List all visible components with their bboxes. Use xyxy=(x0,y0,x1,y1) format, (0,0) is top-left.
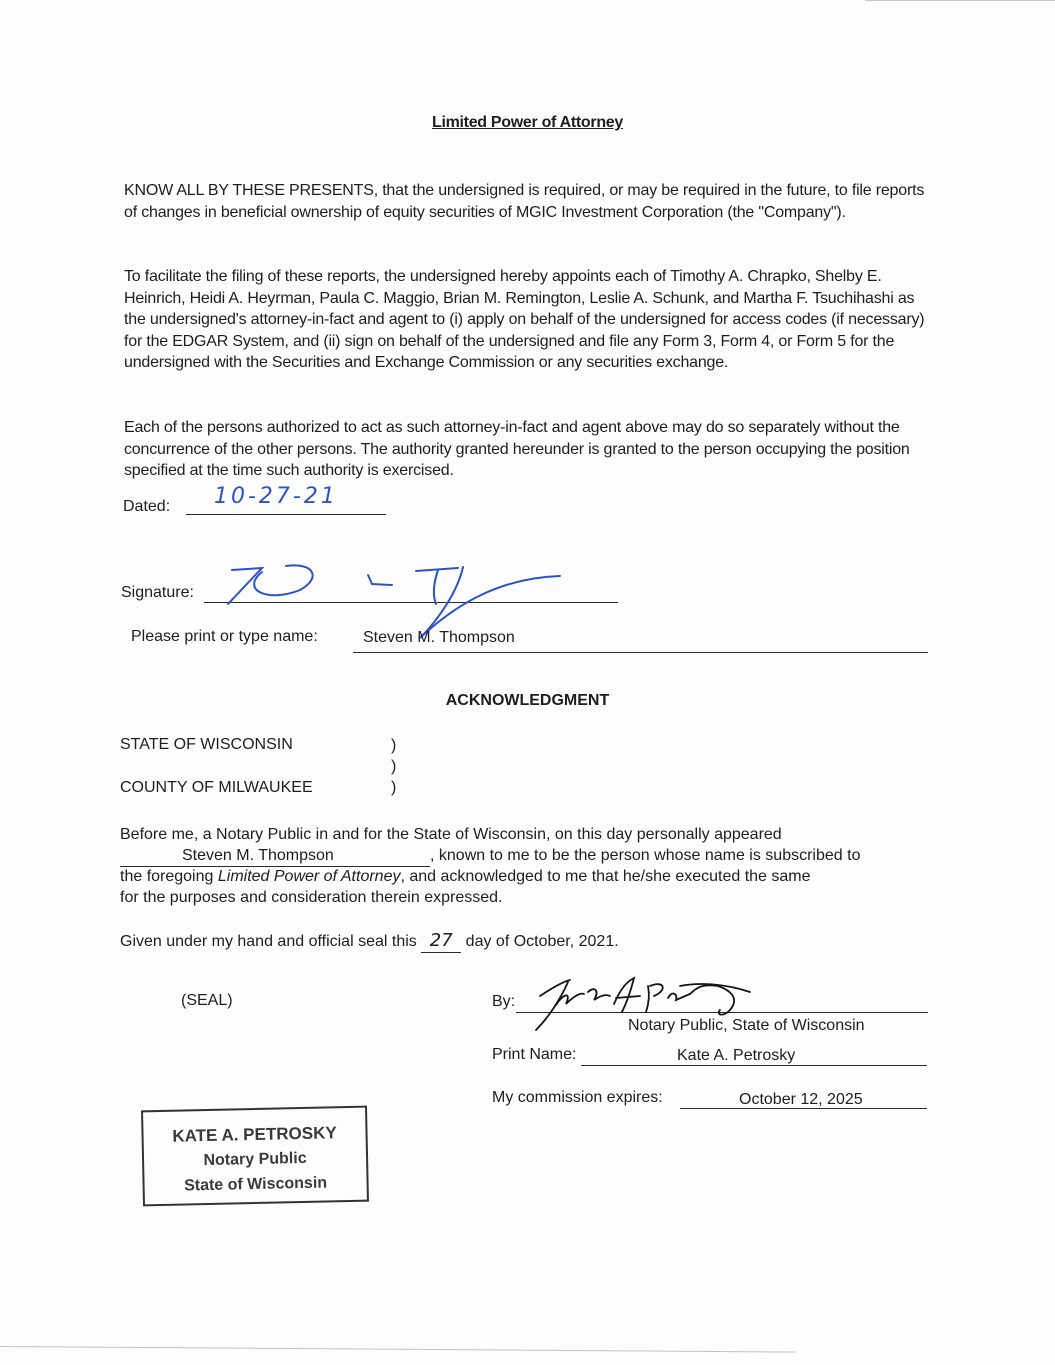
commission-value: October 12, 2025 xyxy=(739,1091,863,1109)
notary-stamp: KATE A. PETROSKY Notary Public State of … xyxy=(141,1106,369,1207)
stamp-state: State of Wisconsin xyxy=(144,1170,366,1200)
notary-print-name-label: Print Name: xyxy=(492,1046,576,1064)
commission-label: My commission expires: xyxy=(492,1089,663,1107)
notary-print-name-field[interactable]: Kate A. Petrosky xyxy=(581,1044,927,1066)
notary-caption: Notary Public, State of Wisconsin xyxy=(628,1017,865,1035)
stamp-name: KATE A. PETROSKY xyxy=(143,1120,365,1150)
commission-field[interactable]: October 12, 2025 xyxy=(680,1088,927,1109)
notary-print-name-value: Kate A. Petrosky xyxy=(677,1047,795,1065)
